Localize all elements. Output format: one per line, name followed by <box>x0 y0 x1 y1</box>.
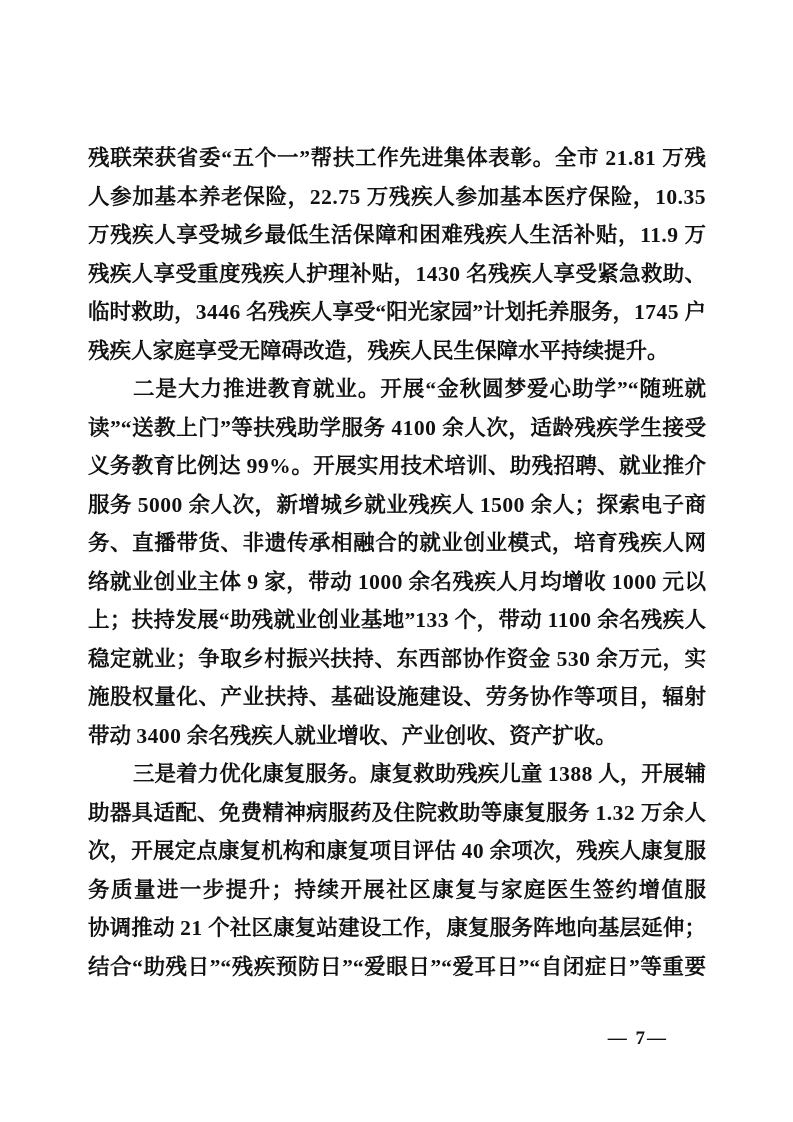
text-line: 协调推动 21 个社区康复站建设工作，康复服务阵地向基层延伸； <box>88 909 706 948</box>
paragraph: 三是着力优化康复服务。康复救助残疾儿童 1388 人，开展辅 助器具适配、免费精… <box>88 755 706 986</box>
text-line: 次，开展定点康复机构和康复项目评估 40 余项次，残疾人康复服 <box>88 832 706 871</box>
text-line: 义务教育比例达 99%。开展实用技术培训、助残招聘、就业推介 <box>88 447 706 486</box>
text-line: 助器具适配、免费精神病服药及住院救助等康复服务 1.32 万余人 <box>88 794 706 833</box>
paragraph: 二是大力推进教育就业。开展“金秋圆梦爱心助学”“随班就 读”“送教上门”等扶残助… <box>88 370 706 755</box>
text-line: 服务 5000 余人次，新增城乡就业残疾人 1500 余人；探索电子商 <box>88 486 706 525</box>
document-page: 残联荣获省委“五个一”帮扶工作先进集体表彰。全市 21.81 万残疾 人参加基本… <box>0 0 793 1122</box>
text-line: 带动 3400 余名残疾人就业增收、产业创收、资产扩收。 <box>88 717 706 756</box>
text-line: 三是着力优化康复服务。康复救助残疾儿童 1388 人，开展辅 <box>88 755 706 794</box>
text-line: 上；扶持发展“助残就业创业基地”133 个，带动 1100 余名残疾人 <box>88 601 706 640</box>
text-line: 结合“助残日”“残疾预防日”“爱眼日”“爱耳日”“自闭症日”等重要 <box>88 948 706 987</box>
text-line: 络就业创业主体 9 家，带动 1000 余名残疾人月均增收 1000 元以 <box>88 563 706 602</box>
text-line: 人参加基本养老保险，22.75 万残疾人参加基本医疗保险，10.35 <box>88 178 706 217</box>
text-line: 临时救助，3446 名残疾人享受“阳光家园”计划托养服务，1745 户 <box>88 293 706 332</box>
text-line: 万残疾人享受城乡最低生活保障和困难残疾人生活补贴，11.9 万 <box>88 216 706 255</box>
text-line: 务质量进一步提升；持续开展社区康复与家庭医生签约增值服务， <box>88 871 706 910</box>
page-number: — 7— <box>608 1028 668 1050</box>
paragraph: 残联荣获省委“五个一”帮扶工作先进集体表彰。全市 21.81 万残疾 人参加基本… <box>88 139 706 370</box>
text-line: 残疾人享受重度残疾人护理补贴，1430 名残疾人享受紧急救助、 <box>88 255 706 294</box>
text-line: 稳定就业；争取乡村振兴扶持、东西部协作资金 530 余万元，实 <box>88 640 706 679</box>
text-line: 读”“送教上门”等扶残助学服务 4100 余人次，适龄残疾学生接受 <box>88 409 706 448</box>
text-line: 施股权量化、产业扶持、基础设施建设、劳务协作等项目，辐射 <box>88 678 706 717</box>
text-line: 务、直播带货、非遗传承相融合的就业创业模式，培育残疾人网 <box>88 524 706 563</box>
text-line: 残疾人家庭享受无障碍改造，残疾人民生保障水平持续提升。 <box>88 332 706 371</box>
text-line: 二是大力推进教育就业。开展“金秋圆梦爱心助学”“随班就 <box>88 370 706 409</box>
body-text: 残联荣获省委“五个一”帮扶工作先进集体表彰。全市 21.81 万残疾 人参加基本… <box>88 139 706 986</box>
text-line: 残联荣获省委“五个一”帮扶工作先进集体表彰。全市 21.81 万残疾 <box>88 139 706 178</box>
